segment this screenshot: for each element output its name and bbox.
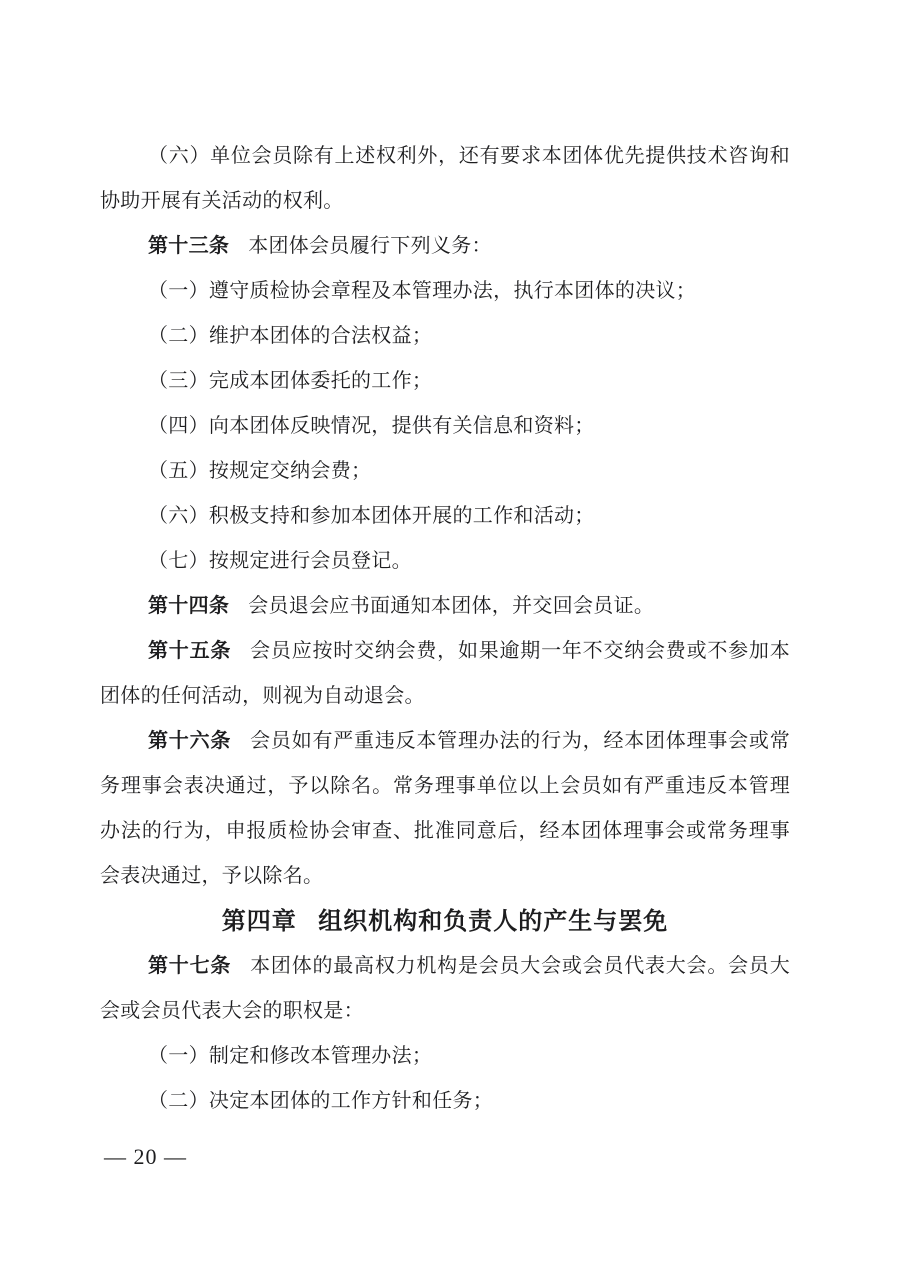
line-text: 会表决通过，予以除名。: [100, 865, 323, 887]
list-item-line: （五）按规定交纳会费；: [100, 449, 790, 494]
list-item-line: （二）决定本团体的工作方针和任务；: [100, 1079, 790, 1124]
paragraph-line: 务理事会表决通过，予以除名。常务理事单位以上会员如有严重违反本管理: [100, 764, 790, 809]
line-text: 会员如有严重违反本管理办法的行为，经本团体理事会或常: [250, 730, 790, 752]
list-item-line: （四）向本团体反映情况，提供有关信息和资料；: [100, 404, 790, 449]
paragraph-line: 办法的行为，申报质检协会审查、批准同意后，经本团体理事会或常务理事: [100, 809, 790, 854]
line-text: （七）按规定进行会员登记。: [148, 550, 412, 572]
line-text: 团体的任何活动，则视为自动退会。: [100, 685, 425, 707]
article-number: 第十六条: [148, 730, 231, 752]
chapter-number: 第四章: [222, 908, 297, 935]
line-text: （三）完成本团体委托的工作；: [148, 370, 432, 392]
line-text: （一）制定和修改本管理办法；: [148, 1045, 432, 1067]
line-text: （六）积极支持和参加本团体开展的工作和活动；: [148, 505, 595, 527]
paragraph-line: 会或会员代表大会的职权是：: [100, 989, 790, 1034]
list-item-line: （二）维护本团体的合法权益；: [100, 314, 790, 359]
paragraph-line: 会表决通过，予以除名。: [100, 854, 790, 899]
text-block: （六）单位会员除有上述权利外，还有要求本团体优先提供技术咨询和 协助开展有关活动…: [100, 134, 790, 1124]
article-number: 第十七条: [148, 955, 231, 977]
paragraph-line: （六）单位会员除有上述权利外，还有要求本团体优先提供技术咨询和: [100, 134, 790, 179]
line-text: 会或会员代表大会的职权是：: [100, 1000, 364, 1022]
line-text: （二）决定本团体的工作方针和任务；: [148, 1090, 493, 1112]
article-line: 第十四条会员退会应书面通知本团体，并交回会员证。: [100, 584, 790, 629]
line-text: 办法的行为，申报质检协会审查、批准同意后，经本团体理事会或常务理事: [100, 820, 790, 842]
paragraph-line: 协助开展有关活动的权利。: [100, 179, 790, 224]
article-number: 第十三条: [148, 235, 229, 257]
list-item-line: （一）制定和修改本管理办法；: [100, 1034, 790, 1079]
line-text: （二）维护本团体的合法权益；: [148, 325, 432, 347]
line-text: 务理事会表决通过，予以除名。常务理事单位以上会员如有严重违反本管理: [100, 775, 790, 797]
article-line: 第十七条本团体的最高权力机构是会员大会或会员代表大会。会员大: [100, 944, 790, 989]
article-line: 第十六条会员如有严重违反本管理办法的行为，经本团体理事会或常: [100, 719, 790, 764]
chapter-heading: 第四章组织机构和负责人的产生与罢免: [100, 899, 790, 944]
line-text: （一）遵守质检协会章程及本管理办法，执行本团体的决议；: [148, 280, 696, 302]
chapter-title: 组织机构和负责人的产生与罢免: [318, 908, 668, 935]
line-text: （六）单位会员除有上述权利外，还有要求本团体优先提供技术咨询和: [148, 145, 790, 167]
list-item-line: （六）积极支持和参加本团体开展的工作和活动；: [100, 494, 790, 539]
page-number-footer: — 20 —: [104, 1141, 187, 1173]
line-text: 本团体的最高权力机构是会员大会或会员代表大会。会员大: [250, 955, 790, 977]
list-item-line: （三）完成本团体委托的工作；: [100, 359, 790, 404]
article-number: 第十四条: [148, 595, 229, 617]
paragraph-line: 团体的任何活动，则视为自动退会。: [100, 674, 790, 719]
article-line: 第十三条本团体会员履行下列义务：: [100, 224, 790, 269]
line-text: 本团体会员履行下列义务：: [248, 235, 492, 257]
article-line: 第十五条会员应按时交纳会费，如果逾期一年不交纳会费或不参加本: [100, 629, 790, 674]
line-text: （五）按规定交纳会费；: [148, 460, 371, 482]
document-page: （六）单位会员除有上述权利外，还有要求本团体优先提供技术咨询和 协助开展有关活动…: [0, 0, 900, 1273]
list-item-line: （一）遵守质检协会章程及本管理办法，执行本团体的决议；: [100, 269, 790, 314]
list-item-line: （七）按规定进行会员登记。: [100, 539, 790, 584]
line-text: （四）向本团体反映情况，提供有关信息和资料；: [148, 415, 595, 437]
article-number: 第十五条: [148, 640, 231, 662]
line-text: 会员退会应书面通知本团体，并交回会员证。: [248, 595, 654, 617]
line-text: 会员应按时交纳会费，如果逾期一年不交纳会费或不参加本: [250, 640, 790, 662]
line-text: 协助开展有关活动的权利。: [100, 190, 344, 212]
